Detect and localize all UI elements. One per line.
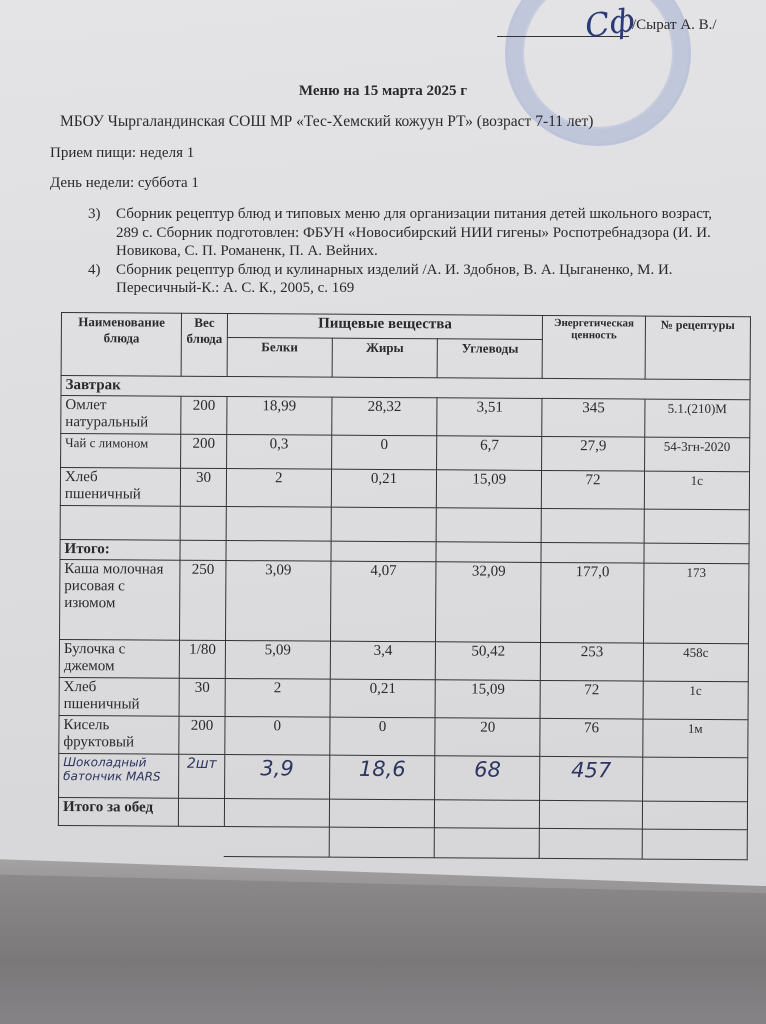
- header-fat: Жиры: [332, 338, 437, 378]
- menu-table: Наименование блюда Вес блюда Пищевые вещ…: [58, 312, 751, 860]
- sources-list: 3) Сборник рецептур блюд и типовых меню …: [88, 205, 738, 298]
- signature: Сф: [583, 1, 637, 46]
- table-row: Булочка с джемом 1/80 5,09 3,4 50,42 253…: [59, 639, 748, 681]
- table-row-empty: [58, 825, 747, 859]
- table-row-empty: [60, 505, 749, 543]
- meal-week: Прием пищи: неделя 1: [50, 145, 194, 162]
- week-day: День недели: суббота 1: [50, 175, 199, 192]
- table-row: Каша молочная рисовая с изюмом 250 3,09 …: [59, 559, 748, 643]
- table-row-handwritten: Шоколадный батончик MARS 2шт 3,9 18,6 68…: [59, 753, 748, 801]
- school-name: МБОУ Чыргаландинская СОШ МР «Тес-Хемский…: [60, 113, 593, 131]
- source-item: 3) Сборник рецептур блюд и типовых меню …: [88, 205, 738, 261]
- table-row: Омлет натуральный 200 18,99 28,32 3,51 3…: [61, 396, 750, 438]
- total-lunch-row: Итого за обед: [58, 797, 747, 829]
- header-energy: Энергетическая ценность: [543, 315, 646, 379]
- page-title: Меню на 15 марта 2025 г: [0, 83, 766, 100]
- table-row: Чай с лимоном 200 0,3 0 6,7 27,9 54-3гн-…: [61, 434, 750, 472]
- header-weight: Вес блюда: [182, 313, 228, 376]
- header-recipe: № рецептуры: [645, 316, 751, 380]
- table-row: Хлеб пшеничный 30 2 0,21 15,09 72 1с: [60, 468, 749, 510]
- header-carbs: Углеводы: [437, 339, 542, 379]
- header-name: Наименование блюда: [61, 313, 182, 377]
- approver-name: /Сырат А. В./: [632, 17, 717, 34]
- header-protein: Белки: [227, 338, 332, 378]
- background-surface: [0, 870, 766, 1024]
- table-row: Кисель фруктовый 200 0 0 20 76 1м: [59, 715, 748, 757]
- source-item: 4) Сборник рецептур блюд и кулинарных из…: [88, 261, 738, 298]
- table-row: Хлеб пшеничный 30 2 0,21 15,09 72 1с: [59, 677, 748, 719]
- header-nutrients: Пищевые вещества: [227, 314, 543, 340]
